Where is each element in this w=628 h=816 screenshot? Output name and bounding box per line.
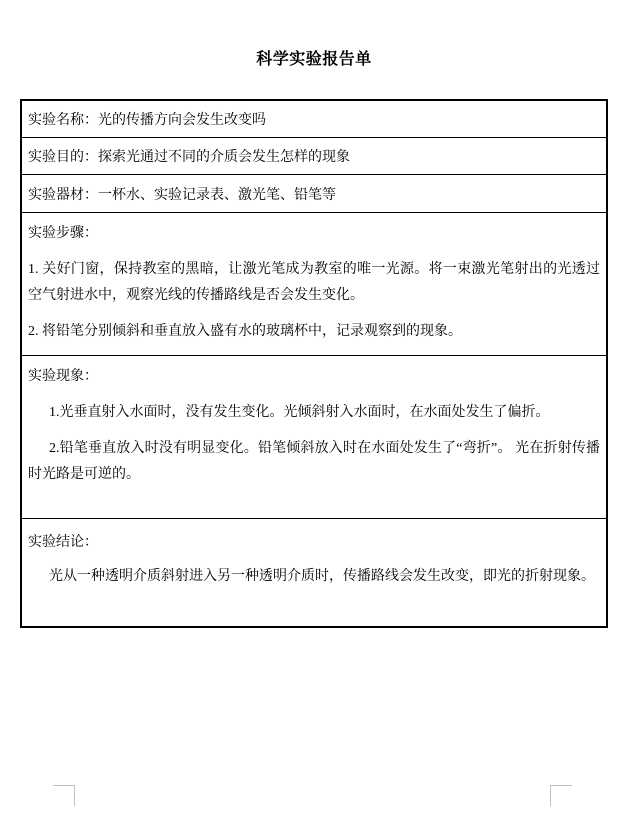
experiment-steps-label: 实验步骤： xyxy=(28,221,600,247)
experiment-step-2: 2. 将铅笔分别倾斜和垂直放入盛有水的玻璃杯中，记录观察到的现象。 xyxy=(28,319,600,345)
experiment-conclusion-label: 实验结论： xyxy=(28,530,600,556)
row-experiment-steps: 实验步骤： 1. 关好门窗，保持教室的黑暗，让激光笔成为教室的唯一光源。将一束激… xyxy=(22,212,606,355)
experiment-materials-label: 实验器材： xyxy=(28,184,98,204)
experiment-name-label: 实验名称： xyxy=(28,109,98,129)
experiment-step-1: 1. 关好门窗，保持教室的黑暗，让激光笔成为教室的唯一光源。将一束激光笔射出的光… xyxy=(28,257,600,309)
crop-mark-bottom-left-icon xyxy=(53,785,75,806)
experiment-purpose-label: 实验目的： xyxy=(28,146,98,166)
experiment-phenomenon-1: 1.光垂直射入水面时，没有发生变化。光倾斜射入水面时，在水面处发生了偏折。 xyxy=(28,400,600,426)
document-page: 科学实验报告单 实验名称：光的传播方向会发生改变吗 实验目的：探索光通过不同的介… xyxy=(0,0,628,816)
document-title: 科学实验报告单 xyxy=(0,46,628,69)
experiment-materials-value: 一杯水、实验记录表、激光笔、铅笔等 xyxy=(98,184,336,204)
experiment-phenomena-label: 实验现象： xyxy=(28,364,600,390)
row-experiment-conclusion: 实验结论： 光从一种透明介质斜射进入另一种透明介质时，传播路线会发生改变，即光的… xyxy=(22,518,606,628)
experiment-conclusion-text: 光从一种透明介质斜射进入另一种透明介质时，传播路线会发生改变，即光的折射现象。 xyxy=(28,564,600,590)
experiment-name-value: 光的传播方向会发生改变吗 xyxy=(98,109,266,129)
row-experiment-purpose: 实验目的：探索光通过不同的介质会发生怎样的现象 xyxy=(22,137,606,174)
experiment-purpose-value: 探索光通过不同的介质会发生怎样的现象 xyxy=(98,146,350,166)
row-experiment-materials: 实验器材：一杯水、实验记录表、激光笔、铅笔等 xyxy=(22,174,606,212)
row-experiment-phenomena: 实验现象： 1.光垂直射入水面时，没有发生变化。光倾斜射入水面时，在水面处发生了… xyxy=(22,355,606,518)
crop-mark-bottom-right-icon xyxy=(550,785,572,806)
row-experiment-name: 实验名称：光的传播方向会发生改变吗 xyxy=(22,101,606,137)
report-table: 实验名称：光的传播方向会发生改变吗 实验目的：探索光通过不同的介质会发生怎样的现… xyxy=(20,99,608,628)
experiment-phenomenon-2: 2.铅笔垂直放入时没有明显变化。铅笔倾斜放入时在水面处发生了“弯折”。 光在折射… xyxy=(28,436,600,488)
